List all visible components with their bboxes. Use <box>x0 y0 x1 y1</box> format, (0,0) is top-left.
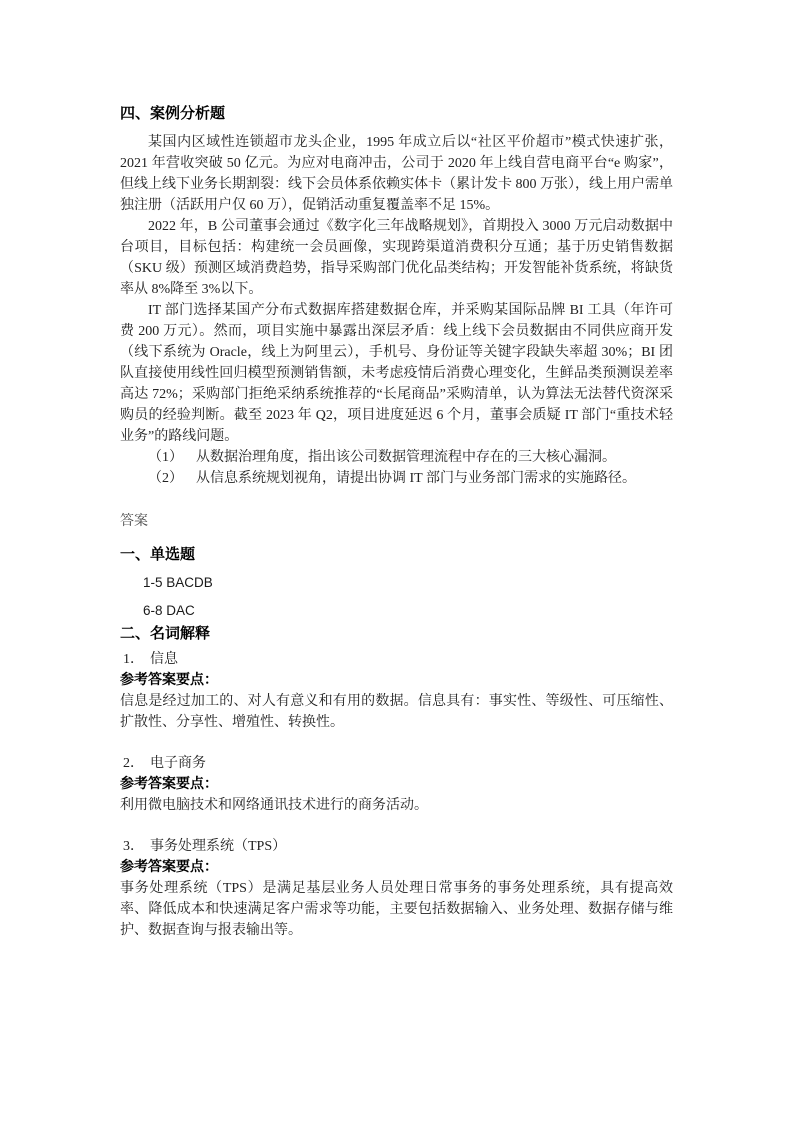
document-page: 四、案例分析题 某国内区域性连锁超市龙头企业，1995 年成立后以“社区平价超市… <box>0 0 793 1122</box>
question-1-text: 从数据治理角度，指出该公司数据管理流程中存在的三大核心漏洞。 <box>196 450 616 465</box>
question-2-number: （2） <box>148 471 183 486</box>
single-choice-answers-1-5: 1-5 BACDB <box>143 573 673 593</box>
term-number: 3． <box>123 839 144 854</box>
term-name: 信息 <box>150 652 178 667</box>
single-choice-heading: 一、单选题 <box>120 544 673 566</box>
question-1-number: （1） <box>148 450 183 465</box>
term-title: 3．事务处理系统（TPS） <box>123 836 673 857</box>
terms-section-heading: 二、名词解释 <box>120 623 673 645</box>
case-section-heading: 四、案例分析题 <box>120 103 673 125</box>
term-answer-text: 信息是经过加工的、对人有意义和有用的数据。信息具有：事实性、等级性、可压缩性、扩… <box>120 691 673 733</box>
case-question-1: （1）从数据治理角度，指出该公司数据管理流程中存在的三大核心漏洞。 <box>120 447 673 468</box>
term-block-information: 1．信息 参考答案要点： 信息是经过加工的、对人有意义和有用的数据。信息具有：事… <box>120 649 673 733</box>
term-number: 1． <box>123 652 144 667</box>
case-paragraph-2: 2022 年，B 公司董事会通过《数字化三年战略规划》，首期投入 3000 万元… <box>120 216 673 300</box>
term-number: 2． <box>123 756 144 771</box>
term-answer-text: 事务处理系统（TPS）是满足基层业务人员处理日常事务的事务处理系统，具有提高效率… <box>120 878 673 941</box>
reference-answer-label: 参考答案要点： <box>120 774 673 795</box>
question-2-text: 从信息系统规划视角，请提出协调 IT 部门与业务部门需求的实施路径。 <box>196 471 636 486</box>
term-block-tps: 3．事务处理系统（TPS） 参考答案要点： 事务处理系统（TPS）是满足基层业务… <box>120 836 673 941</box>
term-block-ecommerce: 2．电子商务 参考答案要点： 利用微电脑技术和网络通讯技术进行的商务活动。 <box>120 753 673 816</box>
term-title: 2．电子商务 <box>123 753 673 774</box>
case-paragraph-1: 某国内区域性连锁超市龙头企业，1995 年成立后以“社区平价超市”模式快速扩张，… <box>120 132 673 216</box>
term-answer-text: 利用微电脑技术和网络通讯技术进行的商务活动。 <box>120 795 673 816</box>
reference-answer-label: 参考答案要点： <box>120 670 673 691</box>
case-paragraph-3: IT 部门选择某国产分布式数据库搭建数据仓库，并采购某国际品牌 BI 工具（年许… <box>120 300 673 447</box>
term-name: 事务处理系统（TPS） <box>150 839 286 854</box>
term-name: 电子商务 <box>150 756 206 771</box>
single-choice-answers-6-8: 6-8 DAC <box>143 601 673 621</box>
term-title: 1．信息 <box>123 649 673 670</box>
answers-label: 答案 <box>120 511 673 532</box>
case-question-2: （2）从信息系统规划视角，请提出协调 IT 部门与业务部门需求的实施路径。 <box>120 468 673 489</box>
reference-answer-label: 参考答案要点： <box>120 857 673 878</box>
